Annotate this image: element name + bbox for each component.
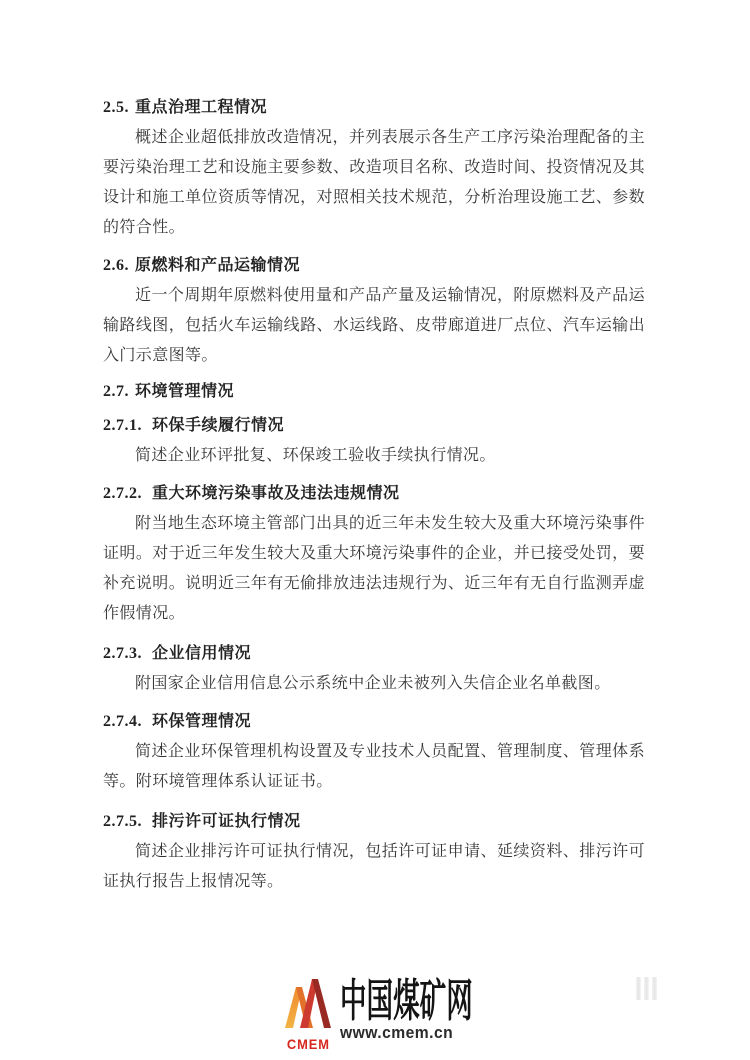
section-heading: 2.7.5.排污许可证执行情况 — [103, 807, 645, 837]
mountain-peaks-icon — [284, 978, 332, 1035]
section-paragraph: 简述企业排污许可证执行情况，包括许可证申请、延续资料、排污许可证执行报告上报情况… — [103, 837, 645, 897]
section-paragraph: 近一个周期年原燃料使用量和产品产量及运输情况，附原燃料及产品运输路线图，包括火车… — [103, 281, 645, 371]
section-2-7-1: 2.7.1.环保手续履行情况 简述企业环评批复、环保竣工验收手续执行情况。 — [103, 411, 645, 471]
section-heading: 2.6.原燃料和产品运输情况 — [103, 251, 645, 281]
section-2-6: 2.6.原燃料和产品运输情况 近一个周期年原燃料使用量和产品产量及运输情况，附原… — [103, 251, 645, 371]
section-paragraph: 概述企业超低排放改造情况，并列表展示各生产工序污染治理配备的主要污染治理工艺和设… — [103, 123, 645, 243]
section-heading: 2.7.1.环保手续履行情况 — [103, 411, 645, 441]
section-heading: 2.7.2.重大环境污染事故及违法违规情况 — [103, 479, 645, 509]
section-paragraph: 简述企业环评批复、环保竣工验收手续执行情况。 — [103, 441, 645, 471]
section-title: 环保手续履行情况 — [152, 417, 284, 434]
section-number: 2.7.2. — [103, 485, 142, 502]
section-paragraph: 附国家企业信用信息公示系统中企业未被列入失信企业名单截图。 — [103, 669, 645, 699]
section-title: 原燃料和产品运输情况 — [135, 257, 300, 274]
section-heading: 2.5.重点治理工程情况 — [103, 93, 645, 123]
section-number: 2.7.3. — [103, 645, 142, 662]
section-heading: 2.7.环境管理情况 — [103, 377, 645, 407]
section-2-7: 2.7.环境管理情况 — [103, 377, 645, 407]
logo-mark: CMEM — [283, 978, 333, 1051]
site-name-text: 中国煤矿网 — [340, 978, 473, 1023]
section-2-5: 2.5.重点治理工程情况 概述企业超低排放改造情况，并列表展示各生产工序污染治理… — [103, 93, 645, 243]
logo-text-block: 中国煤矿网 www.cmem.cn — [340, 978, 565, 1041]
section-number: 2.7.5. — [103, 813, 142, 830]
section-number: 2.7.1. — [103, 417, 142, 434]
document-page: 2.5.重点治理工程情况 概述企业超低排放改造情况，并列表展示各生产工序污染治理… — [0, 0, 750, 1060]
section-2-7-4: 2.7.4.环保管理情况 简述企业环保管理机构设置及专业技术人员配置、管理制度、… — [103, 707, 645, 797]
section-title: 环境管理情况 — [135, 383, 234, 400]
section-title: 重点治理工程情况 — [135, 99, 267, 116]
section-heading: 2.7.3.企业信用情况 — [103, 639, 645, 669]
scan-artifact-bar — [652, 977, 657, 1000]
section-title: 重大环境污染事故及违法违规情况 — [152, 485, 400, 502]
section-paragraph: 附当地生态环境主管部门出具的近三年未发生较大及重大环境污染事件证明。对于近三年发… — [103, 509, 645, 629]
section-number: 2.7. — [103, 383, 129, 400]
scan-artifact-bars — [636, 977, 657, 1000]
section-2-7-5: 2.7.5.排污许可证执行情况 简述企业排污许可证执行情况，包括许可证申请、延续… — [103, 807, 645, 897]
section-2-7-2: 2.7.2.重大环境污染事故及违法违规情况 附当地生态环境主管部门出具的近三年未… — [103, 479, 645, 629]
section-paragraph: 简述企业环保管理机构设置及专业技术人员配置、管理制度、管理体系等。附环境管理体系… — [103, 737, 645, 797]
scan-artifact-bar — [636, 977, 641, 1000]
section-number: 2.6. — [103, 257, 129, 274]
section-2-7-3: 2.7.3.企业信用情况 附国家企业信用信息公示系统中企业未被列入失信企业名单截… — [103, 639, 645, 699]
section-number: 2.5. — [103, 99, 129, 116]
section-title: 排污许可证执行情况 — [152, 813, 301, 830]
logo-abbr-text: CMEM — [286, 1037, 329, 1051]
scan-artifact-bar — [644, 977, 649, 1000]
document-content: 2.5.重点治理工程情况 概述企业超低排放改造情况，并列表展示各生产工序污染治理… — [0, 0, 750, 897]
section-title: 企业信用情况 — [152, 645, 251, 662]
section-number: 2.7.4. — [103, 713, 142, 730]
section-title: 环保管理情况 — [152, 713, 251, 730]
cmem-watermark-logo: CMEM 中国煤矿网 www.cmem.cn — [283, 978, 565, 1051]
site-url-text: www.cmem.cn — [340, 1024, 547, 1041]
section-heading: 2.7.4.环保管理情况 — [103, 707, 645, 737]
